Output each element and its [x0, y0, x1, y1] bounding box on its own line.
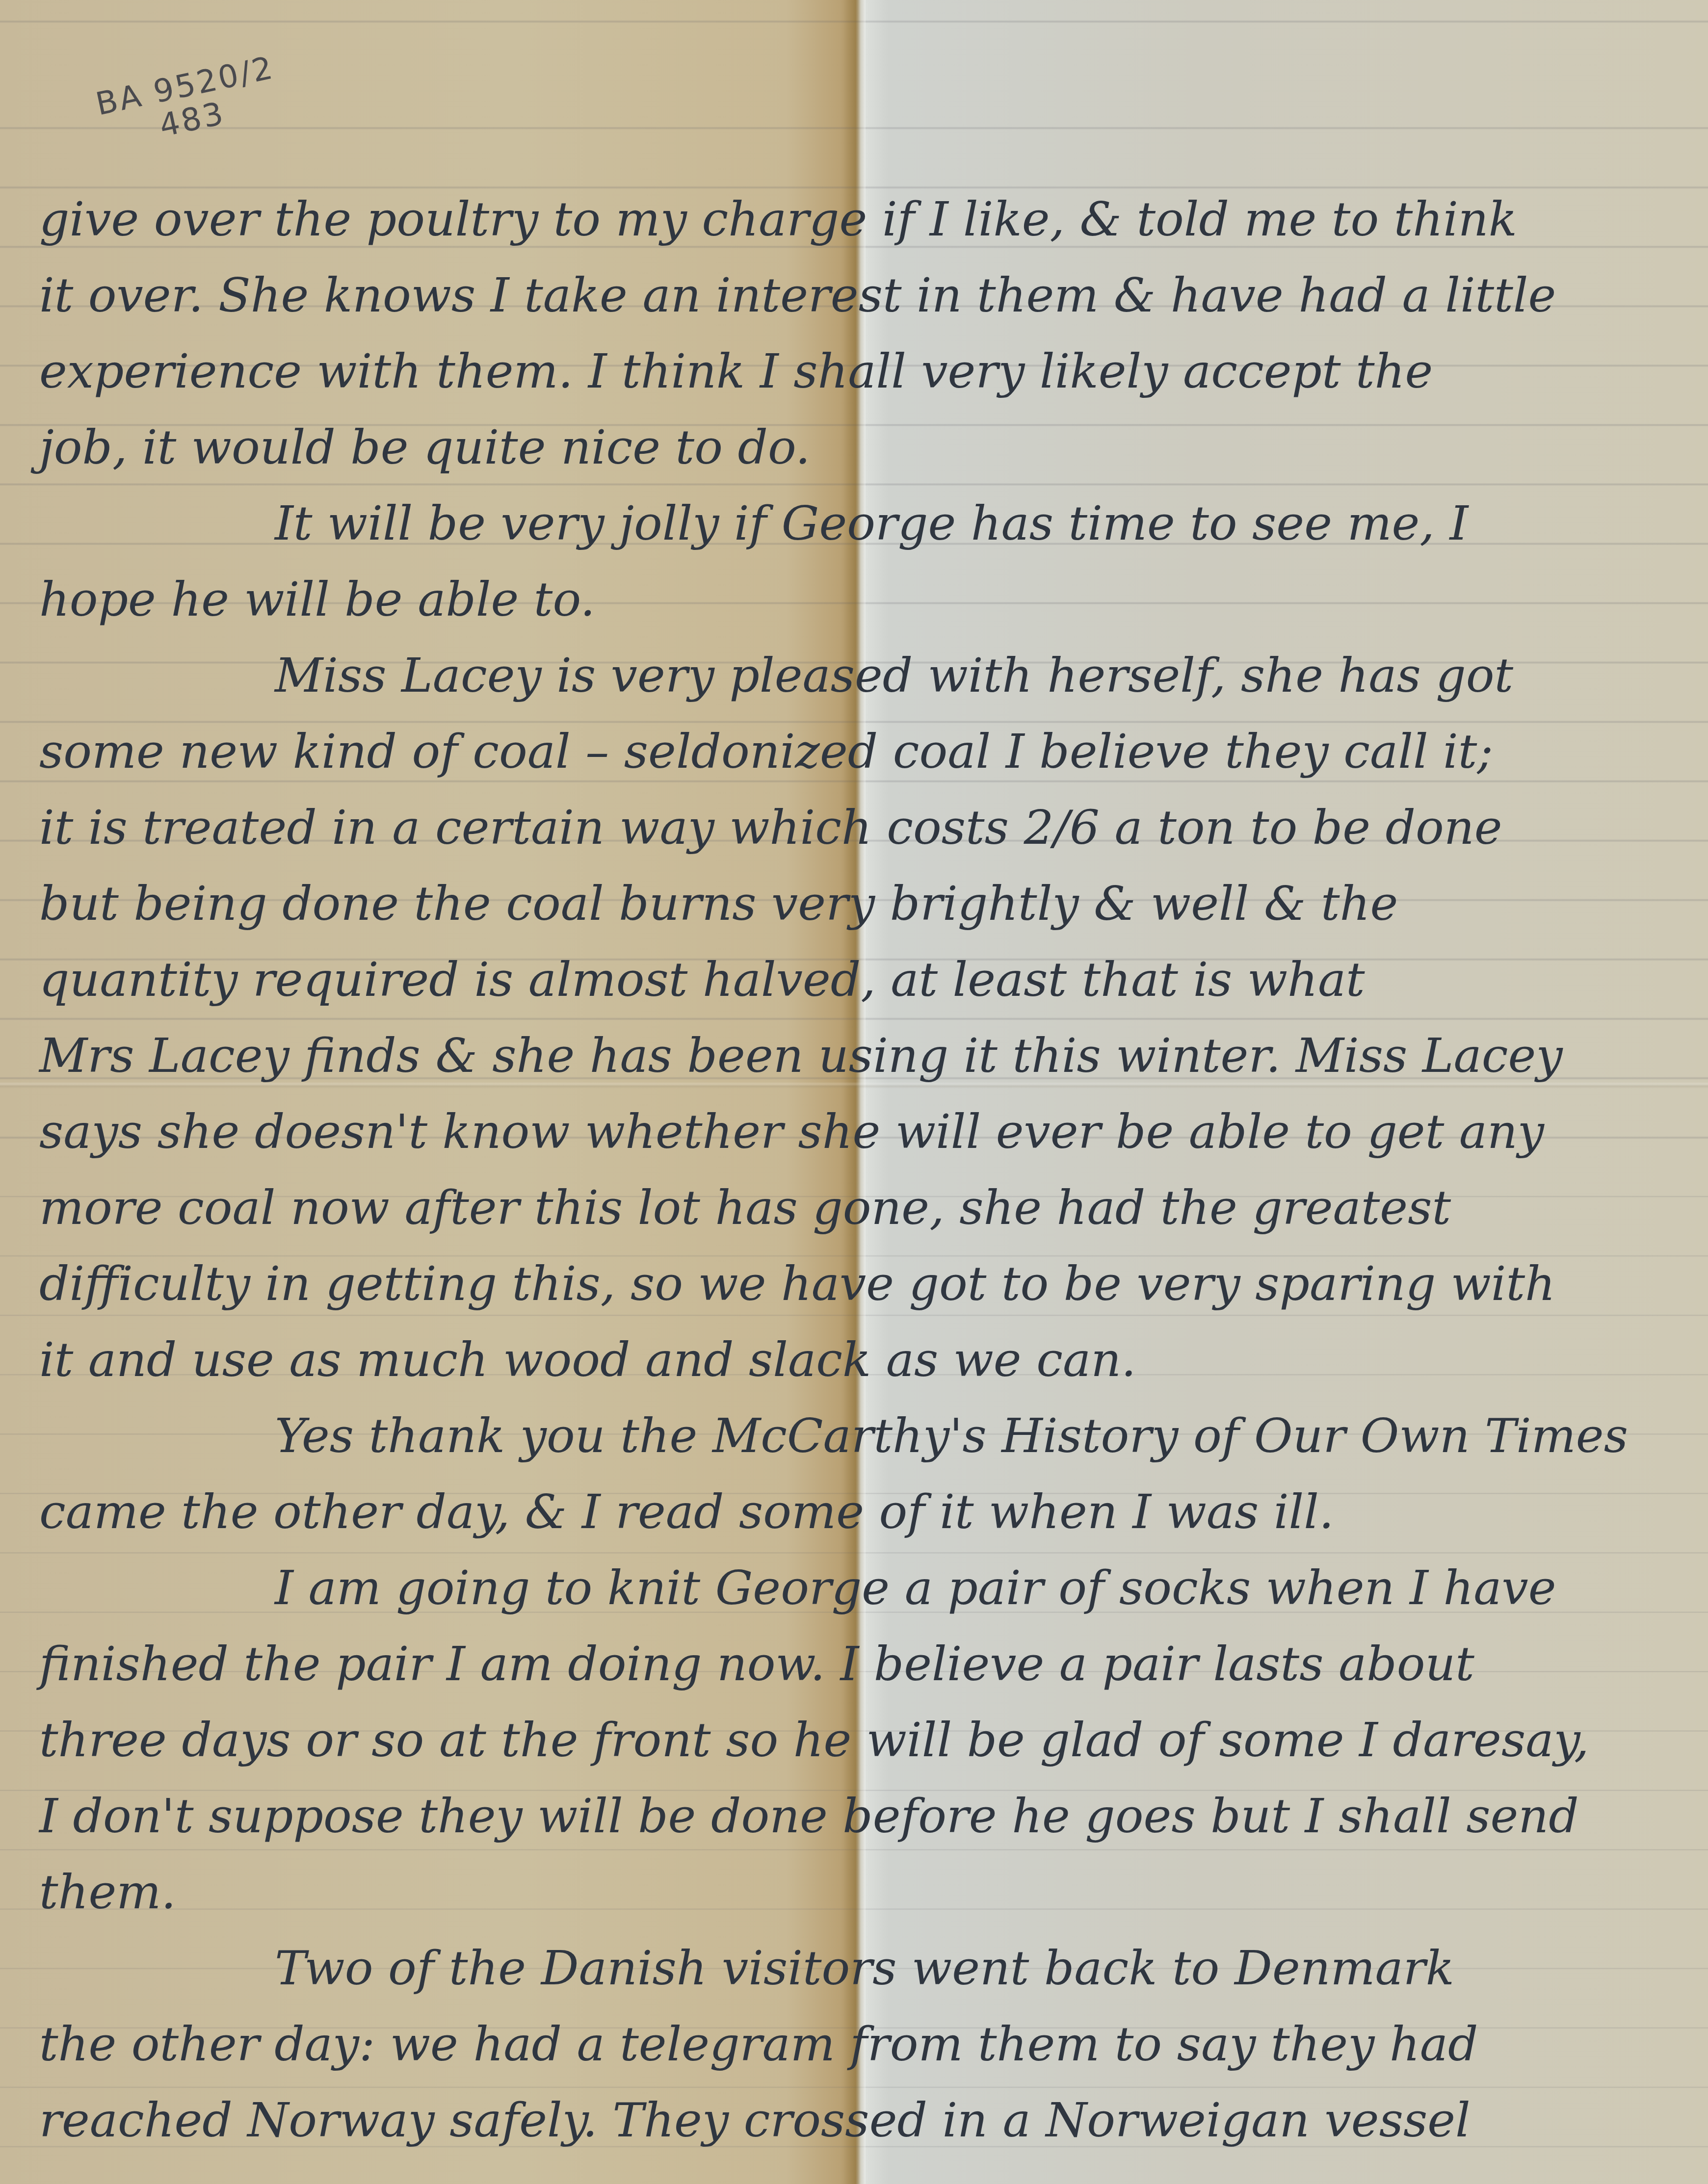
letter-line: says she doesn't know whether she will e…	[39, 1094, 1678, 1170]
letter-line: the other day: we had a telegram from th…	[39, 2006, 1678, 2082]
letter-line: It will be very jolly if George has time…	[39, 486, 1678, 562]
letter-line: Mrs Lacey finds & she has been using it …	[39, 1018, 1678, 1094]
letter-line: Miss Lacey is very pleased with herself,…	[39, 638, 1678, 714]
letter-line: job, it would be quite nice to do.	[39, 410, 1678, 486]
letter-line: it and use as much wood and slack as we …	[39, 1322, 1678, 1398]
letter-line: finished the pair I am doing now. I beli…	[39, 1626, 1678, 1702]
letter-line: I am going to knit George a pair of sock…	[39, 1550, 1678, 1626]
letter-line: I don't suppose they will be done before…	[39, 1778, 1678, 1854]
letter-line: experience with them. I think I shall ve…	[39, 334, 1678, 410]
letter-line: it is treated in a certain way which cos…	[39, 790, 1678, 866]
letter-line: reached Norway safely. They crossed in a…	[39, 2082, 1678, 2158]
letter-line: some new kind of coal – seldonized coal …	[39, 714, 1678, 790]
letter-line: Yes thank you the McCarthy's History of …	[39, 1398, 1678, 1474]
letter-line: difficulty in getting this, so we have g…	[39, 1246, 1678, 1322]
letter-line: but being done the coal burns very brigh…	[39, 866, 1678, 942]
letter-line: came the other day, & I read some of it …	[39, 1474, 1678, 1550]
letter-line: hope he will be able to.	[39, 562, 1678, 638]
letter-line: them.	[39, 1854, 1678, 1930]
letter-page: BA 9520/2 483 give over the poultry to m…	[0, 0, 1708, 2184]
letter-line: three days or so at the front so he will…	[39, 1702, 1678, 1778]
letter-line: more coal now after this lot has gone, s…	[39, 1170, 1678, 1246]
letter-line: quantity required is almost halved, at l…	[39, 942, 1678, 1018]
letter-line: Two of the Danish visitors went back to …	[39, 1930, 1678, 2006]
letter-line: it over. She knows I take an interest in…	[39, 258, 1678, 334]
letter-body: give over the poultry to my charge if I …	[39, 182, 1678, 2158]
letter-line: give over the poultry to my charge if I …	[39, 182, 1678, 258]
